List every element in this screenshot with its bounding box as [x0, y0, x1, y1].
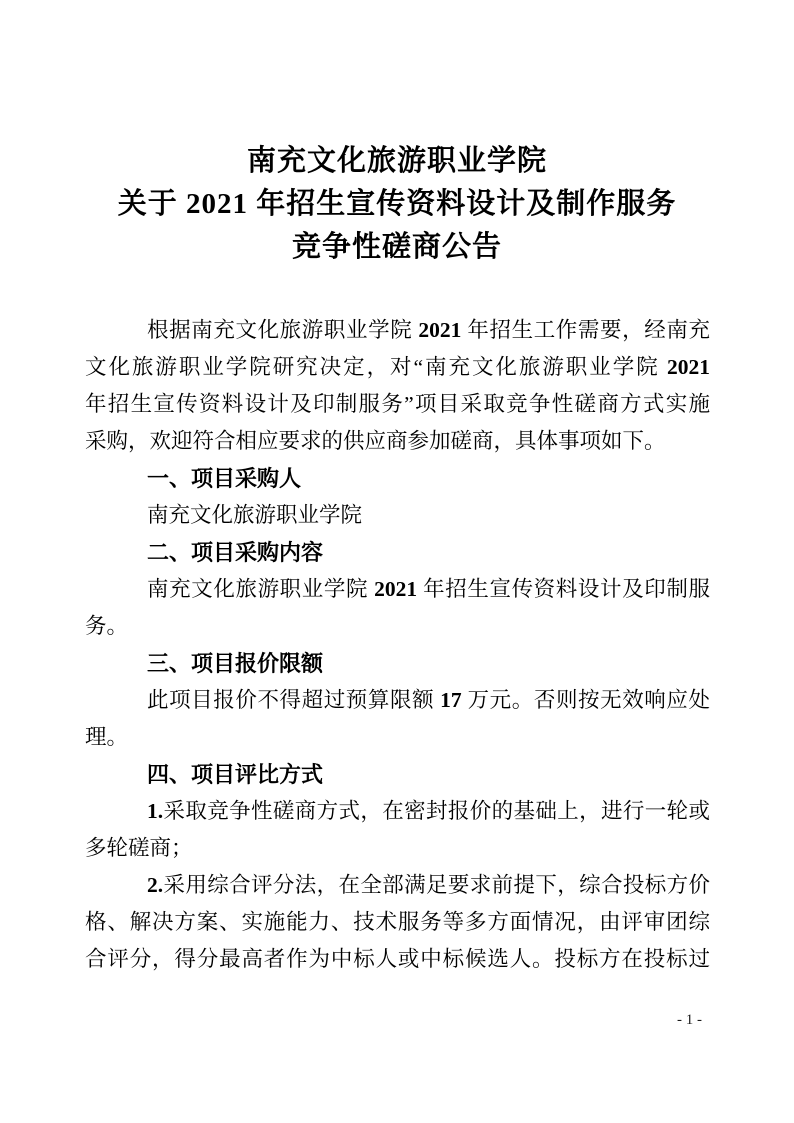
bold-number: 2021: [418, 318, 461, 342]
text-line: 理。: [85, 719, 710, 756]
bold-number: 17: [440, 688, 462, 712]
text-segment: 多轮磋商；: [85, 836, 193, 860]
text-line: 年招生宣传资料设计及印制服务”项目采取竞争性磋商方式实施: [85, 386, 710, 423]
text-line: 2.采用综合评分法，在全部满足要求前提下，综合投标方价: [85, 867, 710, 904]
text-line: 根据南充文化旅游职业学院 2021 年招生工作需要，经南充: [85, 312, 710, 349]
text-segment: 采取竞争性磋商方式，在密封报价的基础上，进行一轮或: [163, 799, 710, 823]
text-segment: 文化旅游职业学院研究决定，对“南充文化旅游职业学院: [85, 355, 667, 379]
text-line: 合评分，得分最高者作为中标人或中标候选人。投标方在投标过: [85, 941, 710, 978]
bold-number: 1.: [147, 799, 163, 823]
text-line: 1.采取竞争性磋商方式，在密封报价的基础上，进行一轮或: [85, 793, 710, 830]
text-segment: 采用综合评分法，在全部满足要求前提下，综合投标方价: [163, 873, 710, 897]
text-segment: 根据南充文化旅游职业学院: [147, 318, 418, 342]
section-heading: 二、项目采购内容: [85, 534, 710, 571]
bold-number: 2021: [374, 577, 417, 601]
text-segment: 四、项目评比方式: [147, 762, 323, 787]
section-heading: 一、项目采购人: [85, 460, 710, 497]
text-segment: 采购，欢迎符合相应要求的供应商参加磋商，具体事项如下。: [85, 429, 666, 453]
text-segment: 格、解决方案、实施能力、技术服务等多方面情况，由评审团综: [85, 910, 710, 934]
text-line: 南充文化旅游职业学院: [85, 497, 710, 534]
text-segment: 此项目报价不得超过预算限额: [147, 688, 440, 712]
title-line-2: 关于 2021 年招生宣传资料设计及制作服务: [0, 183, 794, 226]
text-line: 多轮磋商；: [85, 830, 710, 867]
text-segment: 年招生工作需要，经南充: [461, 318, 710, 342]
text-segment: 理。: [85, 725, 128, 749]
document-body: 根据南充文化旅游职业学院 2021 年招生工作需要，经南充文化旅游职业学院研究决…: [85, 312, 710, 978]
document-title: 南充文化旅游职业学院 关于 2021 年招生宣传资料设计及制作服务 竞争性磋商公…: [0, 0, 794, 269]
text-segment: 务。: [85, 614, 128, 638]
text-line: 南充文化旅游职业学院 2021 年招生宣传资料设计及印制服: [85, 571, 710, 608]
text-segment: 南充文化旅游职业学院: [147, 503, 362, 527]
section-heading: 三、项目报价限额: [85, 645, 710, 682]
text-segment: 年招生宣传资料设计及印制服: [417, 577, 710, 601]
text-line: 务。: [85, 608, 710, 645]
text-line: 此项目报价不得超过预算限额 17 万元。否则按无效响应处: [85, 682, 710, 719]
text-segment: 合评分，得分最高者作为中标人或中标候选人。投标方在投标过: [85, 947, 710, 971]
text-segment: 一、项目采购人: [147, 466, 301, 491]
text-segment: 三、项目报价限额: [147, 651, 323, 676]
text-line: 文化旅游职业学院研究决定，对“南充文化旅游职业学院 2021: [85, 349, 710, 386]
text-line: 采购，欢迎符合相应要求的供应商参加磋商，具体事项如下。: [85, 423, 710, 460]
document-page: 南充文化旅游职业学院 关于 2021 年招生宣传资料设计及制作服务 竞争性磋商公…: [0, 0, 794, 1123]
text-segment: 南充文化旅游职业学院: [147, 577, 374, 601]
page-number: - 1 -: [677, 1010, 702, 1030]
text-segment: 万元。否则按无效响应处: [462, 688, 710, 712]
title-line-1: 南充文化旅游职业学院: [0, 140, 794, 183]
text-segment: 二、项目采购内容: [147, 540, 323, 565]
text-line: 格、解决方案、实施能力、技术服务等多方面情况，由评审团综: [85, 904, 710, 941]
section-heading: 四、项目评比方式: [85, 756, 710, 793]
bold-number: 2.: [147, 873, 163, 897]
text-segment: 年招生宣传资料设计及印制服务”项目采取竞争性磋商方式实施: [85, 392, 710, 416]
bold-number: 2021: [667, 355, 710, 379]
title-line-3: 竞争性磋商公告: [0, 226, 794, 269]
